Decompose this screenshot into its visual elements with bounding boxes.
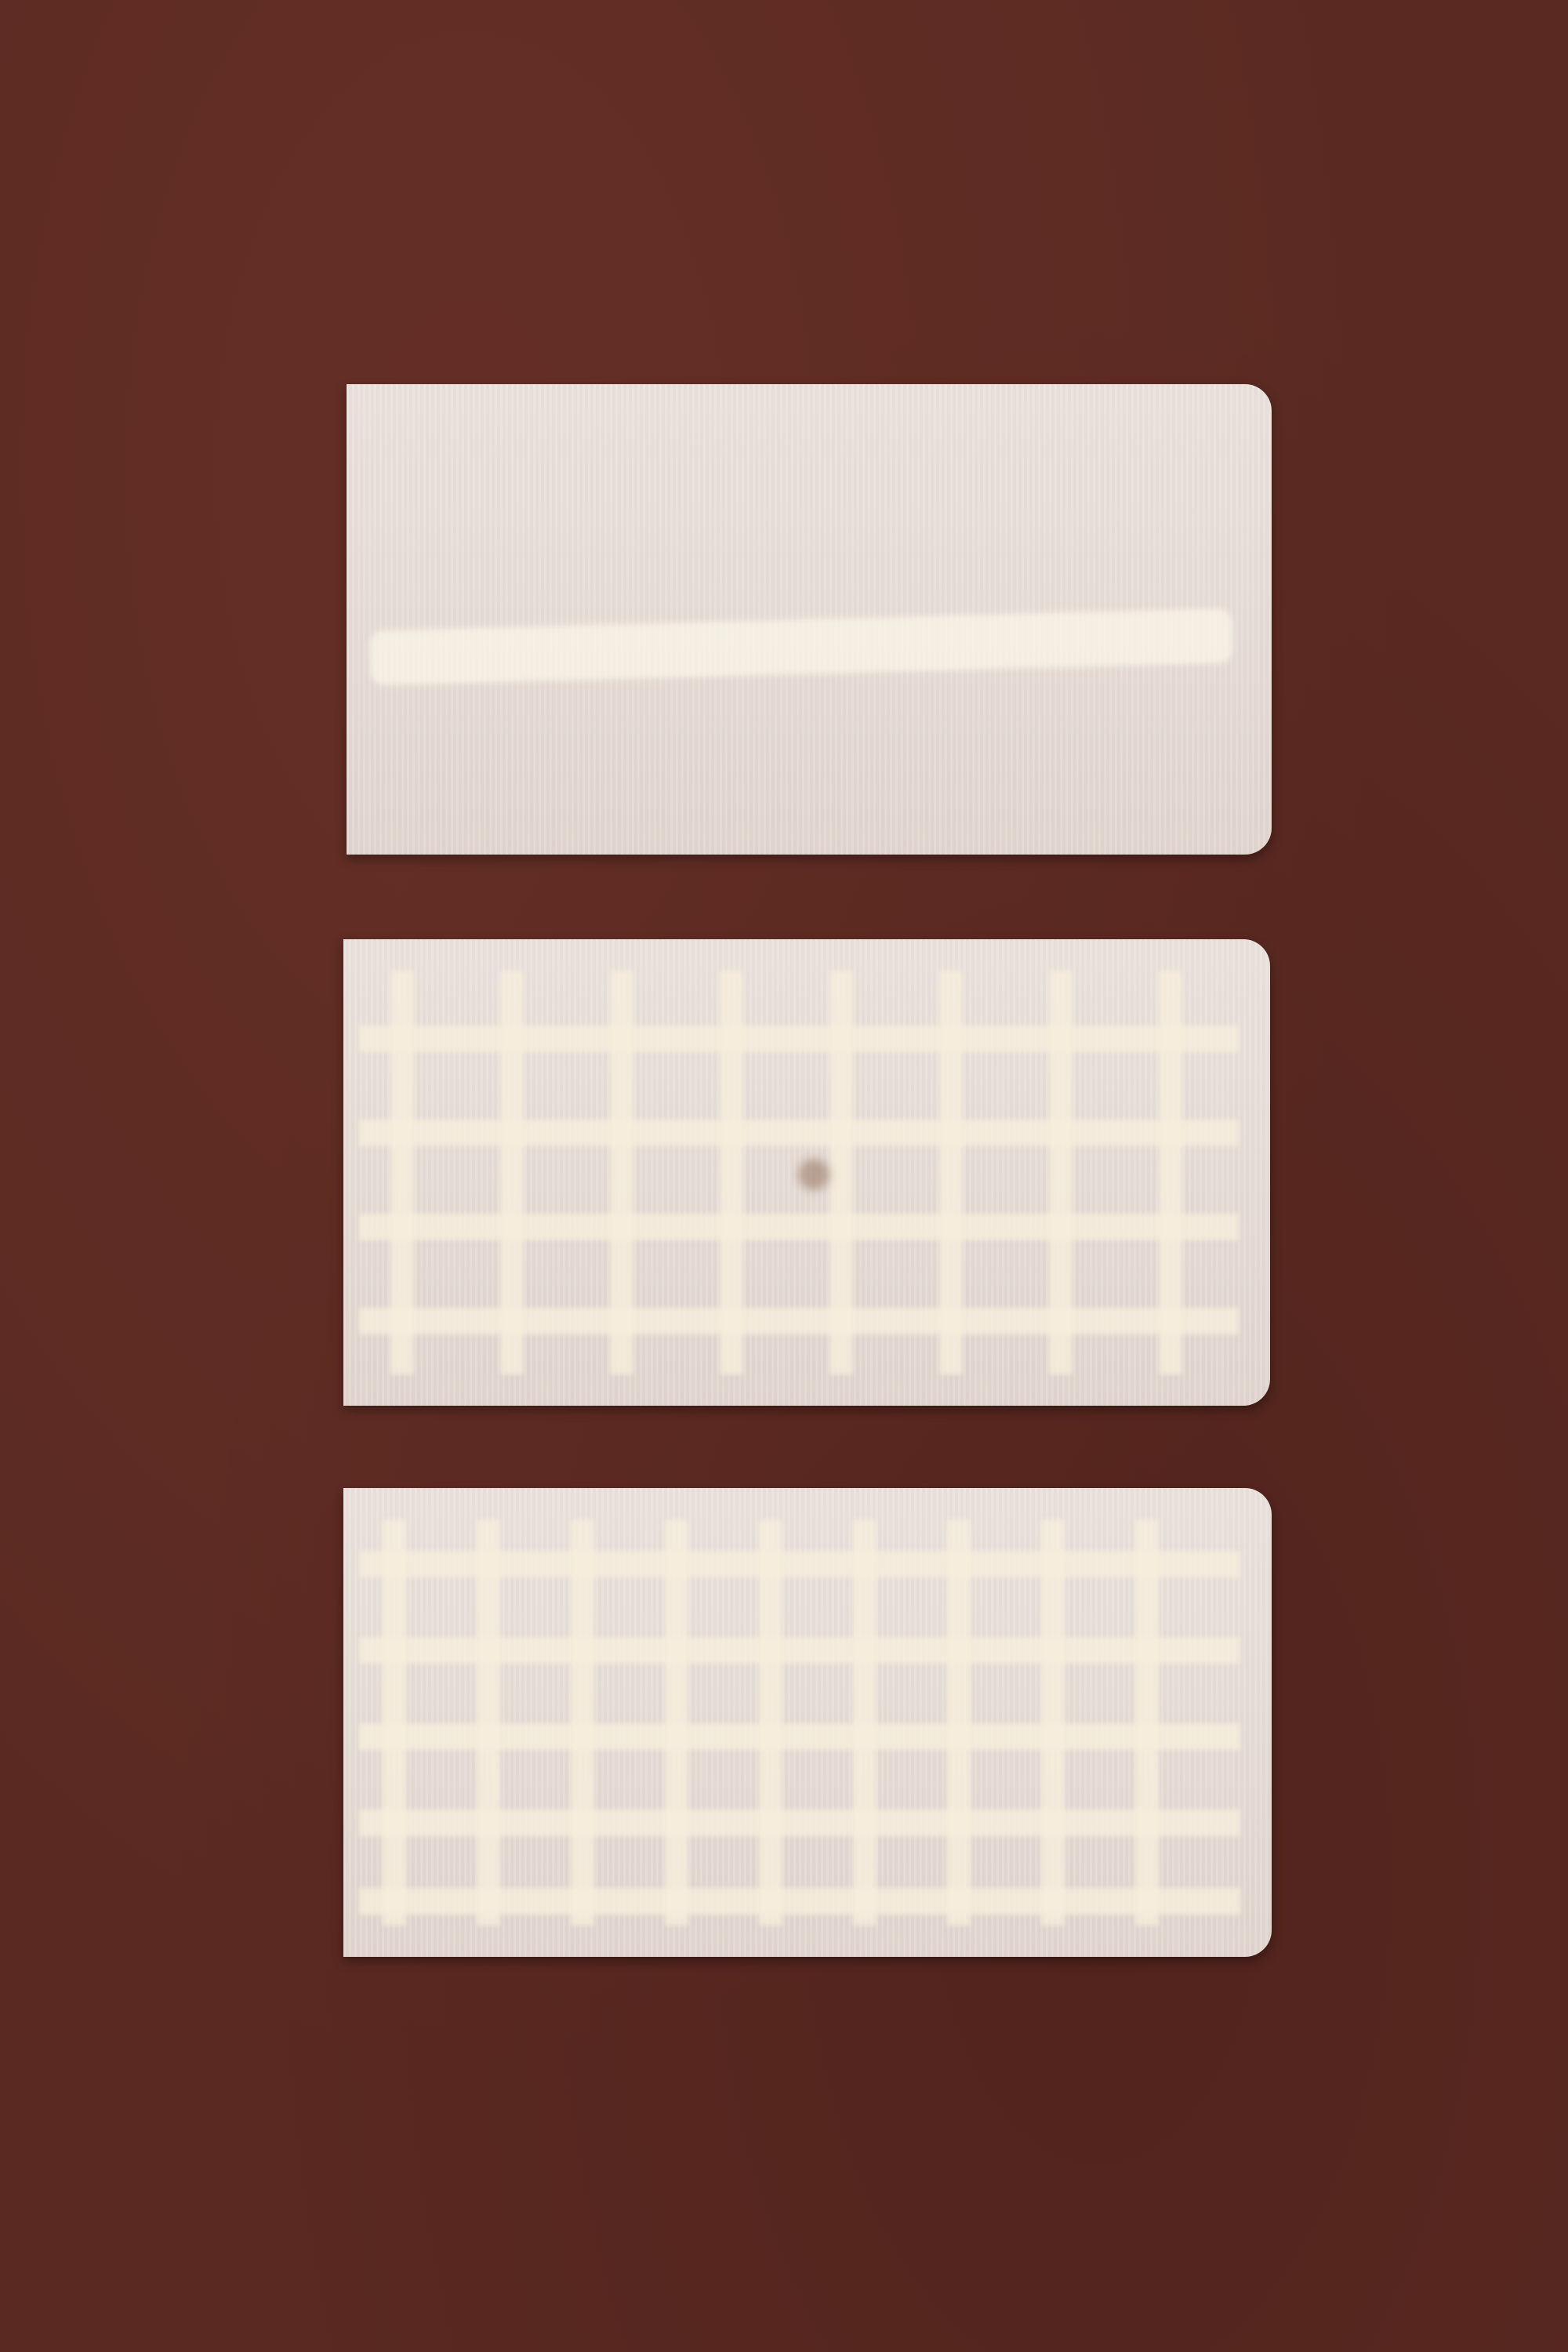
swatch-bottom-grid — [359, 1519, 1240, 1926]
swatch-middle — [343, 939, 1270, 1406]
swatch-top-band — [369, 608, 1232, 686]
swatch-bottom — [343, 1488, 1272, 1957]
swatch-top — [347, 384, 1272, 855]
